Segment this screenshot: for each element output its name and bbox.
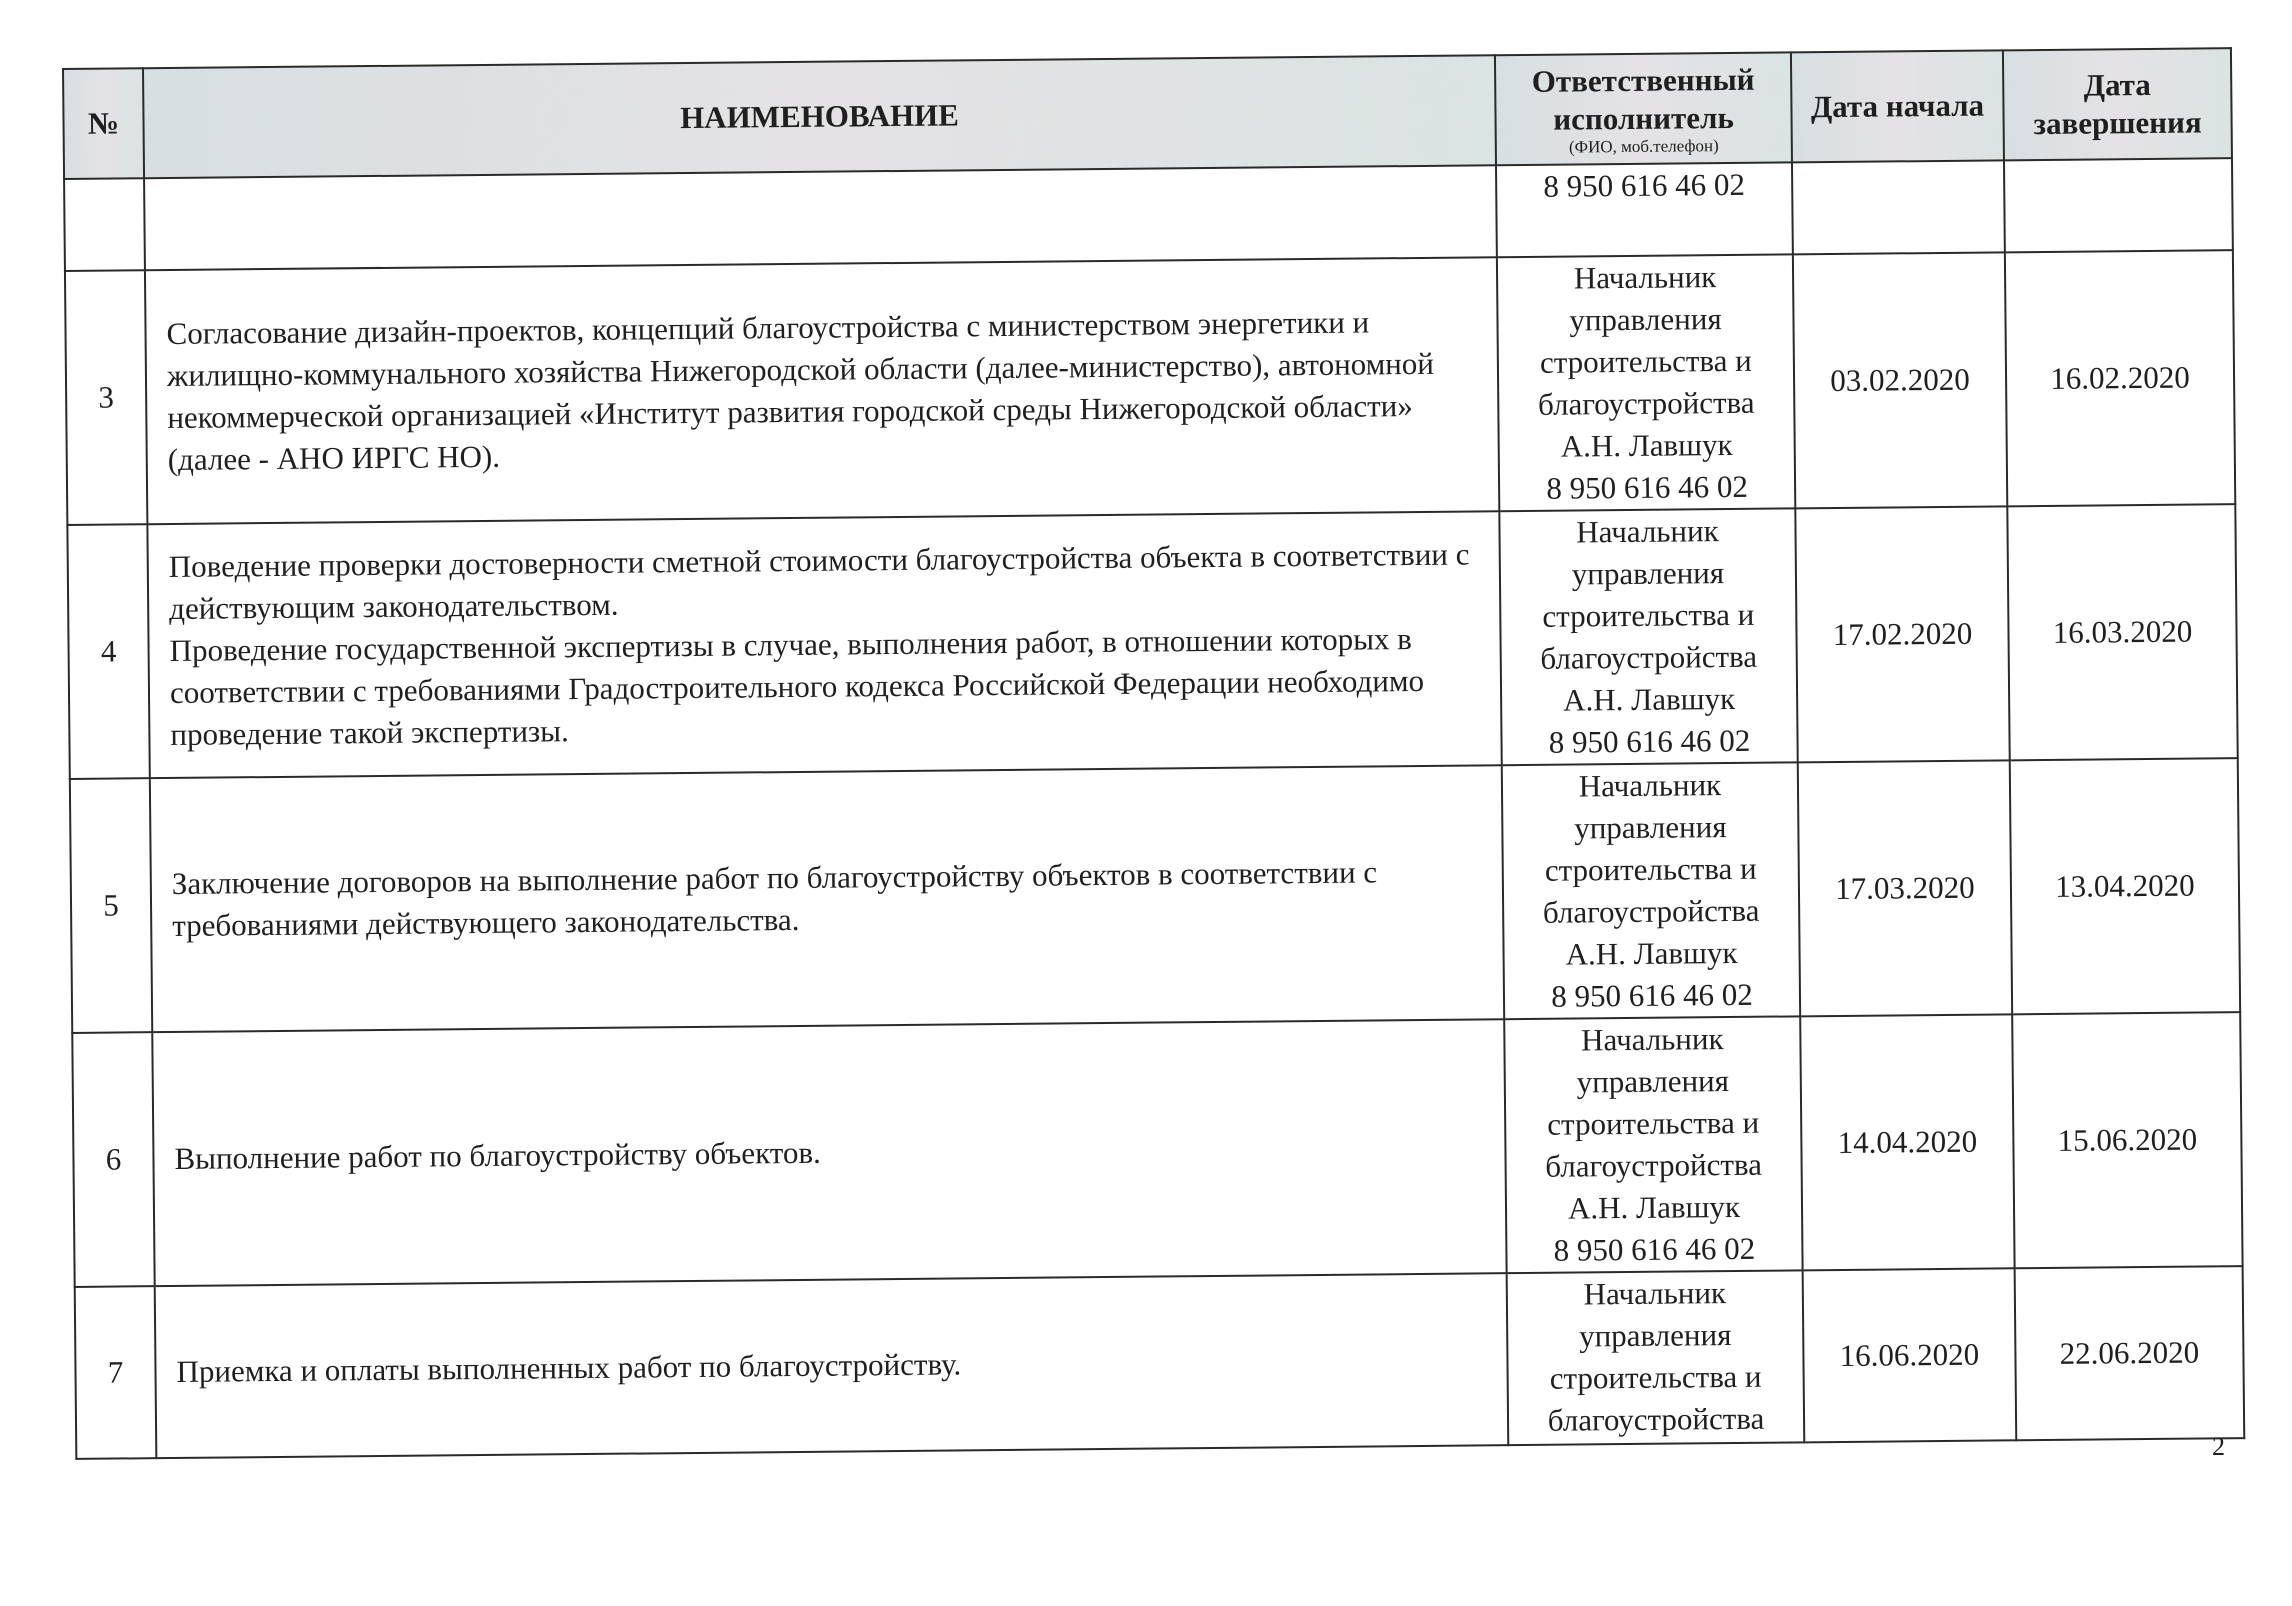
responsible-line: Начальник <box>1504 509 1790 554</box>
responsible-line: 8 950 616 46 02 <box>1506 719 1792 764</box>
schedule-table-wrapper: № НАИМЕНОВАНИЕ Ответственный исполнитель… <box>62 47 2243 1460</box>
responsible-line: благоустройства <box>1510 1143 1796 1188</box>
responsible-line: управления <box>1507 805 1793 850</box>
cell-start-date: 03.02.2020 <box>1793 252 2007 508</box>
responsible-line: Начальник <box>1509 1017 1795 1062</box>
responsible-line: благоустройства <box>1506 635 1792 680</box>
table-header-row: № НАИМЕНОВАНИЕ Ответственный исполнитель… <box>63 48 2232 179</box>
responsible-line: управления <box>1510 1059 1796 1104</box>
responsible-line: Начальник <box>1512 1271 1798 1316</box>
schedule-table: № НАИМЕНОВАНИЕ Ответственный исполнитель… <box>62 47 2245 1460</box>
responsible-line: строительства и <box>1510 1101 1796 1146</box>
header-name: НАИМЕНОВАНИЕ <box>143 55 1496 178</box>
header-end-date: Дата завершения <box>2003 48 2232 160</box>
cell-end-date: 13.04.2020 <box>2010 758 2240 1014</box>
responsible-line: управления <box>1505 551 1791 596</box>
cell-end-date: 16.02.2020 <box>2005 250 2235 506</box>
responsible-line: благоустройства <box>1508 889 1794 934</box>
cell-responsible: Начальникуправлениястроительства иблагоу… <box>1504 1016 1802 1273</box>
table-row: 7Приемка и оплаты выполненных работ по б… <box>75 1266 2245 1459</box>
cell-responsible: Начальникуправлениястроительства иблагоу… <box>1499 508 1797 765</box>
cell-name: Выполнение работ по благоустройству объе… <box>152 1019 1506 1286</box>
table-row: 5Заключение договоров на выполнение рабо… <box>70 758 2240 1033</box>
responsible-line: строительства и <box>1512 1355 1798 1400</box>
cell-number: 3 <box>65 270 147 525</box>
header-responsible-label: Ответственный исполнитель <box>1532 62 1755 137</box>
cell-number: 4 <box>67 524 149 779</box>
cell-name-text: Приемка и оплаты выполненных работ по бл… <box>176 1346 961 1389</box>
responsible-line: строительства и <box>1508 847 1794 892</box>
cell-responsible: Начальникуправлениястроительства иблагоу… <box>1502 762 1800 1019</box>
cell-name: Приемка и оплаты выполненных работ по бл… <box>155 1273 1509 1458</box>
cell-name <box>144 165 1497 270</box>
header-number: № <box>63 68 144 179</box>
responsible-line: 8 950 616 46 02 <box>1509 973 1795 1018</box>
cell-start-date: 17.03.2020 <box>1798 760 2012 1016</box>
responsible-line: Начальник <box>1502 255 1788 300</box>
cell-name-text: Согласование дизайн-проектов, концепций … <box>166 304 1434 477</box>
cell-start-date <box>1792 160 2005 254</box>
cell-name-extra-text: Проведение государственной экспертизы в … <box>169 621 1424 752</box>
responsible-line: А.Н. Лавшук <box>1504 423 1790 468</box>
cell-number <box>64 178 145 271</box>
responsible-line: строительства и <box>1503 339 1789 384</box>
table-row: 3Согласование дизайн-проектов, концепций… <box>65 250 2235 525</box>
cell-responsible: 8 950 616 46 02 <box>1496 162 1793 257</box>
cell-name-text: Заключение договоров на выполнение работ… <box>172 854 1378 943</box>
header-responsible: Ответственный исполнитель (ФИО, моб.теле… <box>1495 52 1792 165</box>
responsible-line: управления <box>1512 1313 1798 1358</box>
cell-end-date: 22.06.2020 <box>2015 1266 2245 1440</box>
cell-responsible: Начальникуправлениястроительства иблагоу… <box>1497 254 1795 511</box>
responsible-line: благоустройства <box>1503 381 1789 426</box>
cell-number: 5 <box>70 778 152 1033</box>
cell-start-date: 14.04.2020 <box>1800 1014 2014 1270</box>
responsible-line: А.Н. Лавшук <box>1511 1185 1797 1230</box>
cell-number: 7 <box>75 1286 157 1459</box>
responsible-line: благоустройства <box>1513 1397 1799 1442</box>
header-start-date: Дата начала <box>1791 50 2004 162</box>
cell-name: Согласование дизайн-проектов, концепций … <box>145 257 1499 524</box>
document-page: № НАИМЕНОВАНИЕ Ответственный исполнитель… <box>0 0 2292 1606</box>
responsible-line: 8 950 616 46 02 <box>1504 465 1790 510</box>
cell-start-date: 17.02.2020 <box>1795 506 2009 762</box>
header-responsible-sub: (ФИО, моб.телефон) <box>1501 136 1787 157</box>
responsible-line: А.Н. Лавшук <box>1508 931 1794 976</box>
cell-number: 6 <box>72 1032 154 1287</box>
page-number: 2 <box>2212 1432 2225 1462</box>
responsible-line: управления <box>1502 297 1788 342</box>
responsible-line: строительства и <box>1505 593 1791 638</box>
cell-start-date: 16.06.2020 <box>1803 1268 2017 1442</box>
cell-name-text: Выполнение работ по благоустройству объе… <box>174 1135 821 1176</box>
table-row: 6Выполнение работ по благоустройству объ… <box>72 1012 2242 1287</box>
table-row: 4Поведение проверки достоверности сметно… <box>67 504 2237 779</box>
cell-end-date <box>2004 158 2233 252</box>
responsible-line: А.Н. Лавшук <box>1506 677 1792 722</box>
responsible-line: Начальник <box>1507 763 1793 808</box>
cell-name-text: Поведение проверки достоверности сметной… <box>169 537 1470 626</box>
cell-responsible: Начальникуправлениястроительства иблагоу… <box>1507 1270 1805 1445</box>
cell-end-date: 15.06.2020 <box>2012 1012 2242 1268</box>
cell-name: Заключение договоров на выполнение работ… <box>150 765 1504 1032</box>
cell-name: Поведение проверки достоверности сметной… <box>147 511 1501 778</box>
cell-end-date: 16.03.2020 <box>2007 504 2237 760</box>
responsible-line: 8 950 616 46 02 <box>1511 1227 1797 1272</box>
